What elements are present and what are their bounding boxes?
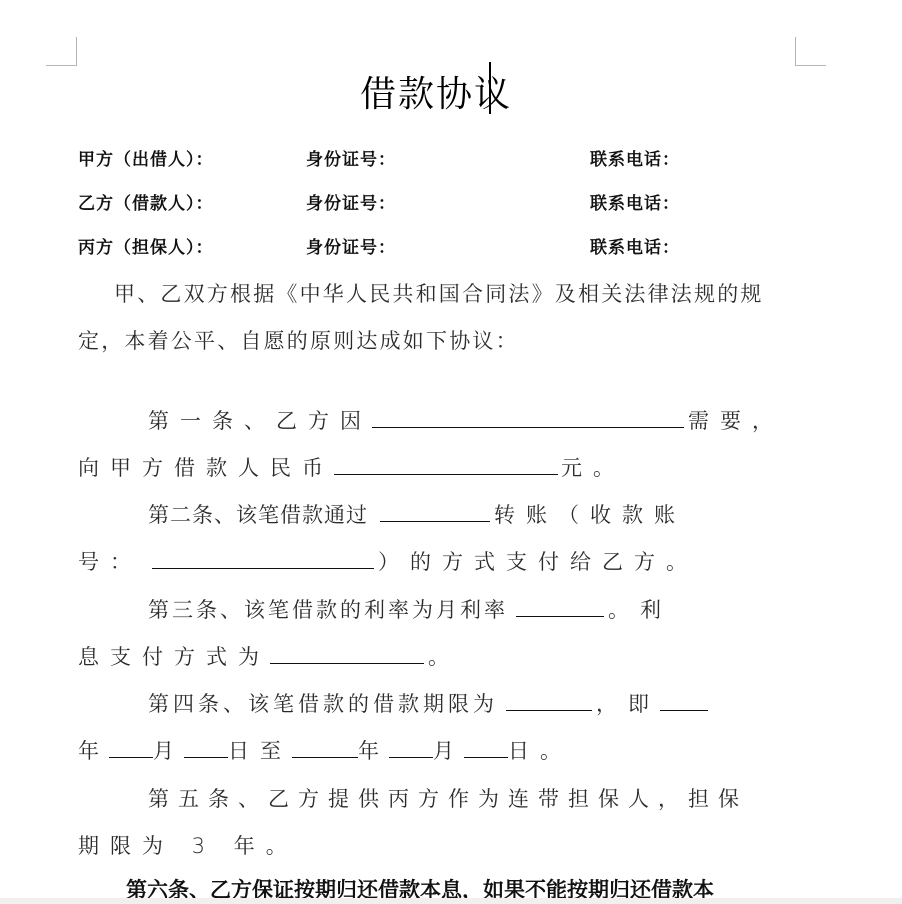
article-4-line-1: 第四条、该笔借款的借款期限为，即 — [148, 688, 708, 718]
monthly-rate-blank[interactable] — [516, 598, 604, 617]
transfer-method-blank[interactable] — [380, 503, 490, 522]
account-number-blank[interactable] — [152, 550, 374, 569]
preamble-line-2: 定，本着公平、自愿的原则达成如下协议： — [78, 325, 519, 355]
start-month-blank[interactable] — [109, 739, 153, 758]
amount-blank[interactable] — [334, 456, 558, 475]
id-number-label: 身份证号： — [306, 189, 396, 214]
page-corner-mark-top-right — [795, 37, 826, 66]
article-5-line-2: 期限为 3 年。 — [78, 830, 298, 860]
party-role: 甲方（出借人）： — [78, 145, 214, 170]
document-title: 借款协议 — [0, 66, 872, 117]
id-number-label: 身份证号： — [306, 145, 396, 170]
article-5-line-1: 第五条、乙方提供丙方作为连带担保人，担保 — [148, 783, 748, 813]
reason-blank[interactable] — [372, 409, 684, 428]
loan-term-blank[interactable] — [506, 692, 592, 711]
end-month-blank[interactable] — [389, 739, 433, 758]
page-bottom-edge — [0, 898, 902, 904]
phone-label: 联系电话： — [590, 233, 680, 258]
article-3-line-1: 第三条、该笔借款的利率为月利率。利 — [148, 594, 672, 624]
article-3-line-2: 息支付方式为。 — [78, 641, 449, 671]
phone-label: 联系电话： — [590, 189, 680, 214]
text-cursor — [489, 62, 491, 114]
party-role: 丙方（担保人）： — [78, 233, 214, 258]
phone-label: 联系电话： — [590, 145, 680, 170]
party-role: 乙方（借款人）： — [78, 189, 214, 214]
start-year-blank[interactable] — [660, 692, 708, 711]
end-day-blank[interactable] — [464, 739, 508, 758]
article-1-line-2: 向甲方借款人民币元。 — [78, 452, 625, 482]
start-day-blank[interactable] — [184, 739, 228, 758]
end-year-blank[interactable] — [292, 739, 358, 758]
preamble-line-1: 甲、乙双方根据《中华人民共和国合同法》及相关法律法规的规 — [114, 278, 764, 308]
article-2-line-2: 号：）的方式支付给乙方。 — [78, 546, 698, 576]
id-number-label: 身份证号： — [306, 233, 396, 258]
article-2-line-1: 第二条、该笔借款通过转账（收款账 — [148, 499, 686, 529]
page-corner-mark-top-left — [46, 37, 77, 66]
interest-payment-blank[interactable] — [270, 645, 424, 664]
article-4-line-2: 年月日至年月日。 — [78, 735, 572, 765]
article-1-line-1: 第一条、乙方因需要， — [148, 405, 784, 435]
